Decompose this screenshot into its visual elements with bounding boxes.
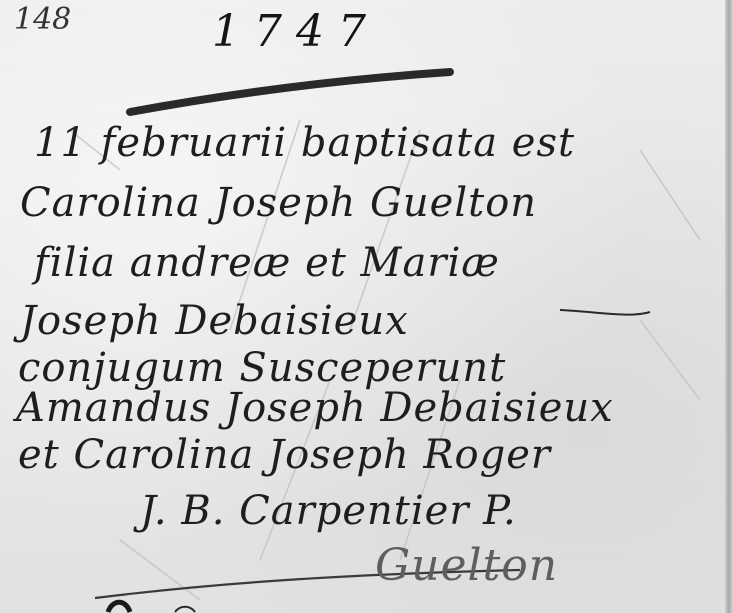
priest-signature: J. B. Carpentier P. — [140, 488, 517, 534]
entry-line-4: Joseph Debaisieux — [20, 298, 409, 344]
entry-line-6: Amandus Joseph Debaisieux — [16, 385, 614, 431]
entry-line-2: Carolina Joseph Guelton — [20, 180, 537, 226]
document-page: 148 1747 11 februarii baptisata est Caro… — [0, 0, 733, 613]
father-signature: Guelton — [375, 540, 558, 591]
entry-year: 1747 — [212, 6, 380, 57]
entry-line-1: 11 februarii baptisata est — [34, 120, 575, 166]
year-underline — [130, 72, 450, 112]
folio-number: 148 — [14, 2, 71, 37]
entry-line-3: filia andreæ et Mariæ — [34, 240, 500, 286]
entry-line-7: et Carolina Joseph Roger — [18, 432, 551, 478]
page-edge — [725, 0, 733, 613]
